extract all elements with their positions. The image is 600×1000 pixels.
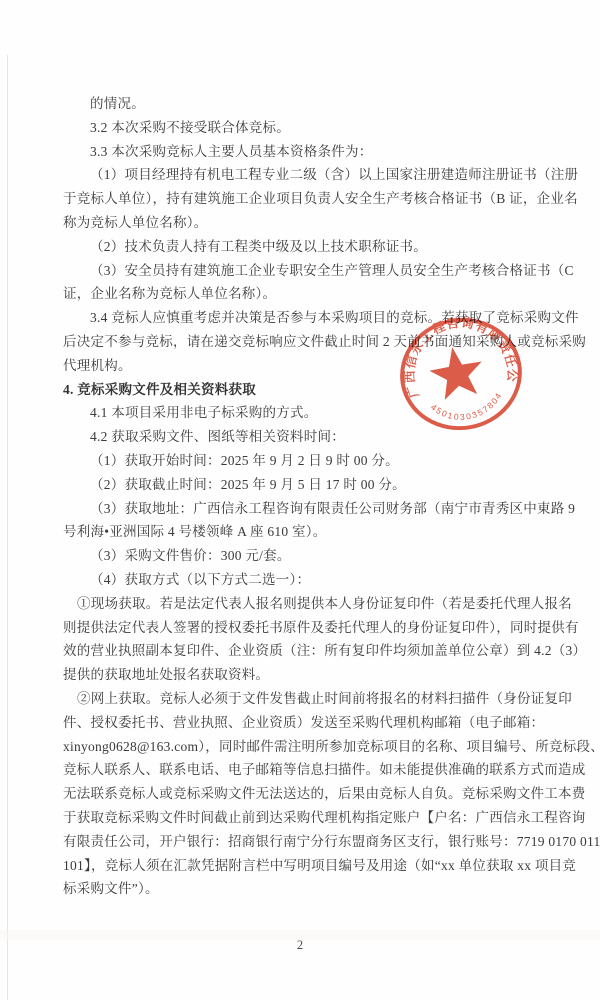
doc-line: ①现场获取。若是法定代表人报名则提供本人身份证复印件（若是委托代理人报名: [63, 592, 543, 616]
document-text: 的情况。3.2 本次采购不接受联合体竞标。3.3 本次采购竞标人主要人员基本资格…: [63, 92, 543, 901]
doc-line: 标采购文件”）。: [63, 877, 543, 901]
doc-line: 效的营业执照副本复印件、企业资质（注：所有复印件均须加盖单位公章）到 4.2（3…: [63, 639, 543, 663]
doc-line: 3.3 本次采购竞标人主要人员基本资格条件为：: [63, 140, 543, 164]
doc-line: （3）采购文件售价：300 元/套。: [63, 544, 543, 568]
seal-company-name: 广西信永工程咨询有限责任公司: [396, 314, 523, 405]
doc-line: （3）获取地址：广西信永工程咨询有限责任公司财务部（南宁市青秀区中東路 9: [63, 497, 543, 521]
doc-line: （1）项目经理持有机电工程专业二级（含）以上国家注册建造师注册证书（注册: [63, 163, 543, 187]
doc-line: （1）获取开始时间：2025 年 9 月 2 日 9 时 00 分。: [63, 449, 543, 473]
doc-line: 证，企业名称为竞标人单位名称）。: [63, 282, 543, 306]
seal-serial-number: 4501030357804: [428, 388, 508, 427]
doc-line: （4）获取方式（以下方式二选一）：: [63, 568, 543, 592]
doc-line: （3）安全员持有建筑施工企业专职安全生产管理人员安全生产考核合格证书（C: [63, 259, 543, 283]
star-icon: [426, 343, 487, 402]
doc-line: 竞标人联系人、联系电话、电子邮箱等信息扫描件。如未能提供准确的联系方式而造成: [63, 758, 543, 782]
doc-line: 有限责任公司，开户银行：招商银行南宁分行东盟商务区支行，银行账号：7719 01…: [63, 830, 543, 854]
doc-line: xinyong0628@163.com），同时邮件需注明所参加竞标项目的名称、项…: [63, 735, 543, 759]
doc-line: 提供的获取地址处报名获取资料。: [63, 663, 543, 687]
doc-line: 件、授权委托书、营业执照、企业资质）发送至采购代理机构邮箱（电子邮箱：: [63, 711, 543, 735]
doc-line: （2）技术负责人持有工程类中级及以上技术职称证书。: [63, 235, 543, 259]
doc-line: 无法联系竞标人或竞标采购文件无法送达的，后果由竞标人自负。竞标采购文件工本费: [63, 782, 543, 806]
doc-line: 则提供法定代表人签署的授权委托书原件及委托代理人的身份证复印件），同时提供有: [63, 616, 543, 640]
doc-line: 称为竞标人单位名称）。: [63, 211, 543, 235]
scan-page-edge: [7, 55, 8, 1000]
page-number: 2: [0, 938, 600, 953]
doc-line: 号利海•亚洲国际 4 号楼领峰 A 座 610 室）。: [63, 520, 543, 544]
doc-line: 的情况。: [63, 92, 543, 116]
doc-line: 于获取竞标采购文件时间截止前到达采购代理机构指定账户【户名：广西信永工程咨询: [63, 806, 543, 830]
doc-line: 于竞标人单位），持有建筑施工企业项目负责人安全生产考核合格证书（B 证，企业名: [63, 187, 543, 211]
doc-line: 3.2 本次采购不接受联合体竞标。: [63, 116, 543, 140]
doc-line: 101】，竞标人须在汇款凭据附言栏中写明项目编号及用途（如“xx 单位获取 xx…: [63, 854, 543, 878]
doc-line: ②网上获取。竞标人必须于文件发售截止时间前将报名的材料扫描件（身份证复印: [63, 687, 543, 711]
company-seal: 广西信永工程咨询有限责任公司 4501030357804: [396, 314, 528, 438]
doc-line: （2）获取截止时间：2025 年 9 月 5 日 17 时 00 分。: [63, 473, 543, 497]
